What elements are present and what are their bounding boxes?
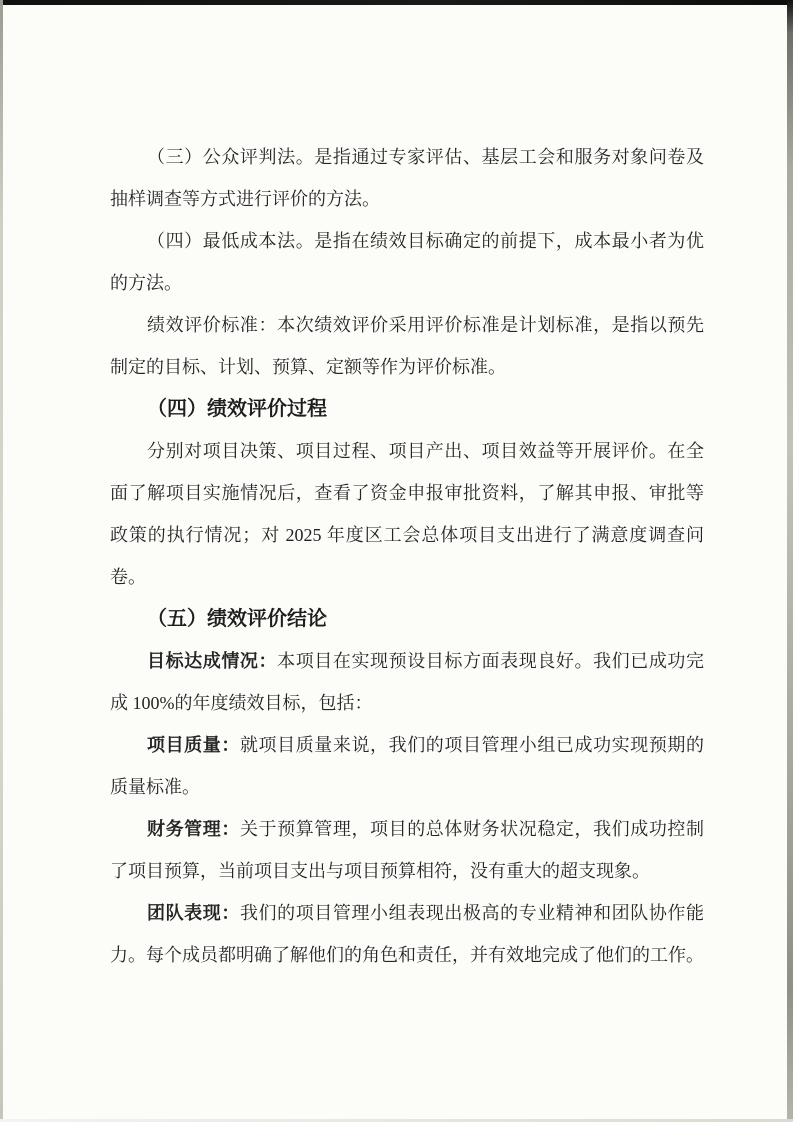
bold-label: 目标达成情况： xyxy=(147,651,277,671)
paragraph-line: 质量标准。 xyxy=(110,766,704,808)
paragraph-line: 项目质量：就项目质量来说，我们的项目管理小组已成功实现预期的 xyxy=(110,724,704,766)
line-text: 质量标准。 xyxy=(110,777,200,797)
heading-text: （四）绩效评价过程 xyxy=(147,398,327,420)
line-text: 卷。 xyxy=(110,567,146,587)
line-text: 关于预算管理，项目的总体财务状况稳定，我们成功控制 xyxy=(240,819,704,839)
line-text: 本项目在实现预设目标方面表现良好。我们已成功完 xyxy=(277,651,704,671)
line-text: （四）最低成本法。是指在绩效目标确定的前提下，成本最小者为优 xyxy=(147,231,704,251)
line-text: （三）公众评判法。是指通过专家评估、基层工会和服务对象问卷及 xyxy=(147,147,704,167)
line-text: 力。每个成员都明确了解他们的角色和责任，并有效地完成了他们的工作。 xyxy=(110,945,704,965)
document-body: （三）公众评判法。是指通过专家评估、基层工会和服务对象问卷及 抽样调查等方式进行… xyxy=(110,136,704,976)
paragraph-line: 目标达成情况：本项目在实现预设目标方面表现良好。我们已成功完 xyxy=(110,640,704,682)
paragraph-line: 团队表现：我们的项目管理小组表现出极高的专业精神和团队协作能 xyxy=(110,892,704,934)
line-text: 政策的执行情况；对 2025 年度区工会总体项目支出进行了满意度调查问 xyxy=(110,525,704,545)
line-text: 了项目预算，当前项目支出与项目预算相符，没有重大的超支现象。 xyxy=(110,861,650,881)
paragraph-line: 绩效评价标准：本次绩效评价采用评价标准是计划标准，是指以预先 xyxy=(110,304,704,346)
scan-edge-top xyxy=(0,0,793,5)
paragraph-line: （四）最低成本法。是指在绩效目标确定的前提下，成本最小者为优 xyxy=(110,220,704,262)
line-text: 抽样调查等方式进行评价的方法。 xyxy=(110,189,380,209)
line-text: 面了解项目实施情况后，查看了资金申报审批资料，了解其申报、审批等 xyxy=(110,483,704,503)
paragraph-line: 卷。 xyxy=(110,556,704,598)
paragraph-line: 面了解项目实施情况后，查看了资金申报审批资料，了解其申报、审批等 xyxy=(110,472,704,514)
line-text: 的方法。 xyxy=(110,273,182,293)
line-text: 制定的目标、计划、预算、定额等作为评价标准。 xyxy=(110,357,506,377)
line-text: 成 100%的年度绩效目标，包括： xyxy=(110,693,373,713)
line-text: 绩效评价标准：本次绩效评价采用评价标准是计划标准，是指以预先 xyxy=(147,315,704,335)
line-text: 我们的项目管理小组表现出极高的专业精神和团队协作能 xyxy=(240,903,704,923)
paragraph-line: 政策的执行情况；对 2025 年度区工会总体项目支出进行了满意度调查问 xyxy=(110,514,704,556)
paragraph-line: 力。每个成员都明确了解他们的角色和责任，并有效地完成了他们的工作。 xyxy=(110,934,704,976)
paragraph-line: 分别对项目决策、项目过程、项目产出、项目效益等开展评价。在全 xyxy=(110,430,704,472)
paragraph-line: 的方法。 xyxy=(110,262,704,304)
line-text: 分别对项目决策、项目过程、项目产出、项目效益等开展评价。在全 xyxy=(147,441,704,461)
bold-label: 财务管理： xyxy=(147,819,240,839)
paragraph-line: 了项目预算，当前项目支出与项目预算相符，没有重大的超支现象。 xyxy=(110,850,704,892)
paragraph-line: 制定的目标、计划、预算、定额等作为评价标准。 xyxy=(110,346,704,388)
paragraph-line: （三）公众评判法。是指通过专家评估、基层工会和服务对象问卷及 xyxy=(110,136,704,178)
section-heading: （四）绩效评价过程 xyxy=(110,388,704,430)
heading-text: （五）绩效评价结论 xyxy=(147,608,327,630)
bold-label: 团队表现： xyxy=(147,903,240,923)
paragraph-line: 成 100%的年度绩效目标，包括： xyxy=(110,682,704,724)
scan-edge-left xyxy=(0,0,3,1122)
section-heading: （五）绩效评价结论 xyxy=(110,598,704,640)
bold-label: 项目质量： xyxy=(147,735,240,755)
paragraph-line: 财务管理：关于预算管理，项目的总体财务状况稳定，我们成功控制 xyxy=(110,808,704,850)
paragraph-line: 抽样调查等方式进行评价的方法。 xyxy=(110,178,704,220)
scan-edge-right xyxy=(787,0,793,1122)
line-text: 就项目质量来说，我们的项目管理小组已成功实现预期的 xyxy=(240,735,704,755)
scanned-document-page: { "page": { "background": "#fcfcf9", "te… xyxy=(0,0,793,1122)
